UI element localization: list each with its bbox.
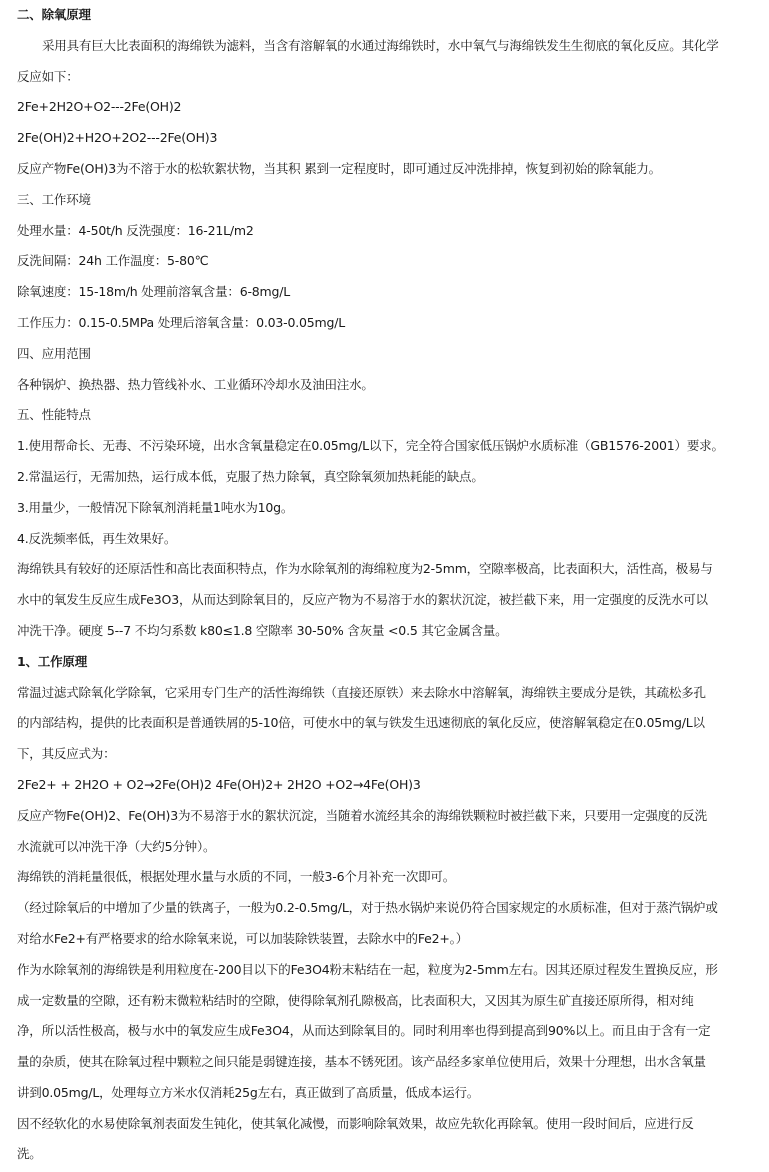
consumption-line: 海绵铁的消耗量很低，根据处理水量与水质的不同，一般3-6个月补充一次即可。 (17, 862, 769, 893)
product-line: 反应产物Fe(OH)2、Fe(OH)3为不易溶于水的絮状沉淀，当随着水流经其余的… (17, 801, 769, 832)
feature-item: 4.反洗频率低，再生效果好。 (17, 524, 769, 555)
feature-item: 3.用量少，一般情况下除氧剂消耗量1吨水为10g。 (17, 493, 769, 524)
section-heading-application-scope: 四、应用范围 (17, 339, 769, 370)
principle-line: 常温过滤式除氧化学除氧，它采用专门生产的活性海绵铁（直接还原铁）来去除水中溶解氧… (17, 678, 769, 709)
spec-line: 反洗间隔：24h 工作温度：5-80℃ (17, 246, 769, 277)
description-line: 水中的氧发生反应生成Fe3O3，从而达到除氧目的，反应产物为不易溶于水的絮状沉淀… (17, 585, 769, 616)
agent-line: 讲到0.05mg/L，处理每立方米水仅消耗25g左右，真正做到了高质量，低成本运… (17, 1078, 769, 1109)
description-line: 冲洗干净。硬度 5--7 不均匀系数 k80≤1.8 空隙率 30-50% 含灰… (17, 616, 769, 647)
chemical-equation: 2Fe(OH)2+H2O+2O2---2Fe(OH)3 (17, 123, 769, 154)
agent-line: 量的杂质，使其在除氧过程中颗粒之间只能是弱键连接，基本不锈死团。该产品经多家单位… (17, 1047, 769, 1078)
chemical-equations: 2Fe2+ + 2H2O + O2→2Fe(OH)2 4Fe(OH)2+ 2H2… (17, 770, 769, 801)
spec-line: 除氧速度：15-18m/h 处理前溶氧含量：6-8mg/L (17, 277, 769, 308)
agent-line: 成一定数量的空隙，还有粉末微粒粘结时的空隙，使得除氧剂孔隙极高，比表面积大，又因… (17, 986, 769, 1017)
section-heading-deoxygenation-principle: 二、除氧原理 (17, 0, 769, 31)
agent-line: 净，所以活性极高，极与水中的氧发应生成Fe3O4，从而达到除氧目的。同时利用率也… (17, 1016, 769, 1047)
chemical-equation: 2Fe+2H2O+O2---2Fe(OH)2 (17, 92, 769, 123)
document-body: 二、除氧原理 采用具有巨大比表面积的海绵铁为滤料，当含有溶解氧的水通过海绵铁时，… (0, 0, 769, 1170)
softening-line: 因不经软化的水易使除氧剂表面发生钝化，使其氧化减慢，而影响除氧效果，故应先软化再… (17, 1109, 769, 1140)
product-line: 水流就可以冲洗干净（大约5分钟）。 (17, 832, 769, 863)
paragraph-intro-line: 反应如下： (17, 62, 769, 93)
description-line: 海绵铁具有较好的还原活性和高比表面积特点，作为水除氧剂的海绵粒度为2-5mm，空… (17, 554, 769, 585)
application-text: 各种锅炉、换热器、热力管线补水、工业循环冷却水及油田注水。 (17, 370, 769, 401)
spec-line: 处理水量：4-50t/h 反洗强度：16-21L/m2 (17, 216, 769, 247)
section-heading-work-principle: 1、工作原理 (17, 647, 769, 678)
principle-line: 下，其反应式为： (17, 739, 769, 770)
section-heading-performance-features: 五、性能特点 (17, 400, 769, 431)
softening-line: 洗。 (17, 1139, 769, 1170)
paragraph-intro-line: 采用具有巨大比表面积的海绵铁为滤料，当含有溶解氧的水通过海绵铁时，水中氧气与海绵… (17, 31, 769, 62)
spec-line: 工作压力：0.15-0.5MPa 处理后溶氧含量：0.03-0.05mg/L (17, 308, 769, 339)
agent-line: 作为水除氧剂的海绵铁是利用粒度在-200目以下的Fe3O4粉末粘结在一起，粒度为… (17, 955, 769, 986)
section-heading-work-environment: 三、工作环境 (17, 185, 769, 216)
iron-note-line: 对给水Fe2+有严格要求的给水除氧来说，可以加装除铁装置，去除水中的Fe2+。） (17, 924, 769, 955)
feature-item: 1.使用帮命长、无毒、不污染环境，出水含氧量稳定在0.05mg/L以下，完全符合… (17, 431, 769, 462)
paragraph-product-note: 反应产物Fe(OH)3为不溶于水的松软絮状物，当其积 累到一定程度时，即可通过反… (17, 154, 769, 185)
principle-line: 的内部结构，提供的比表面积是普通铁屑的5-10倍，可使水中的氧与铁发生迅速彻底的… (17, 708, 769, 739)
feature-item: 2.常温运行，无需加热，运行成本低，克服了热力除氧，真空除氧须加热耗能的缺点。 (17, 462, 769, 493)
iron-note-line: （经过除氧后的中增加了少量的铁离子，一般为0.2-0.5mg/L，对于热水锅炉来… (17, 893, 769, 924)
